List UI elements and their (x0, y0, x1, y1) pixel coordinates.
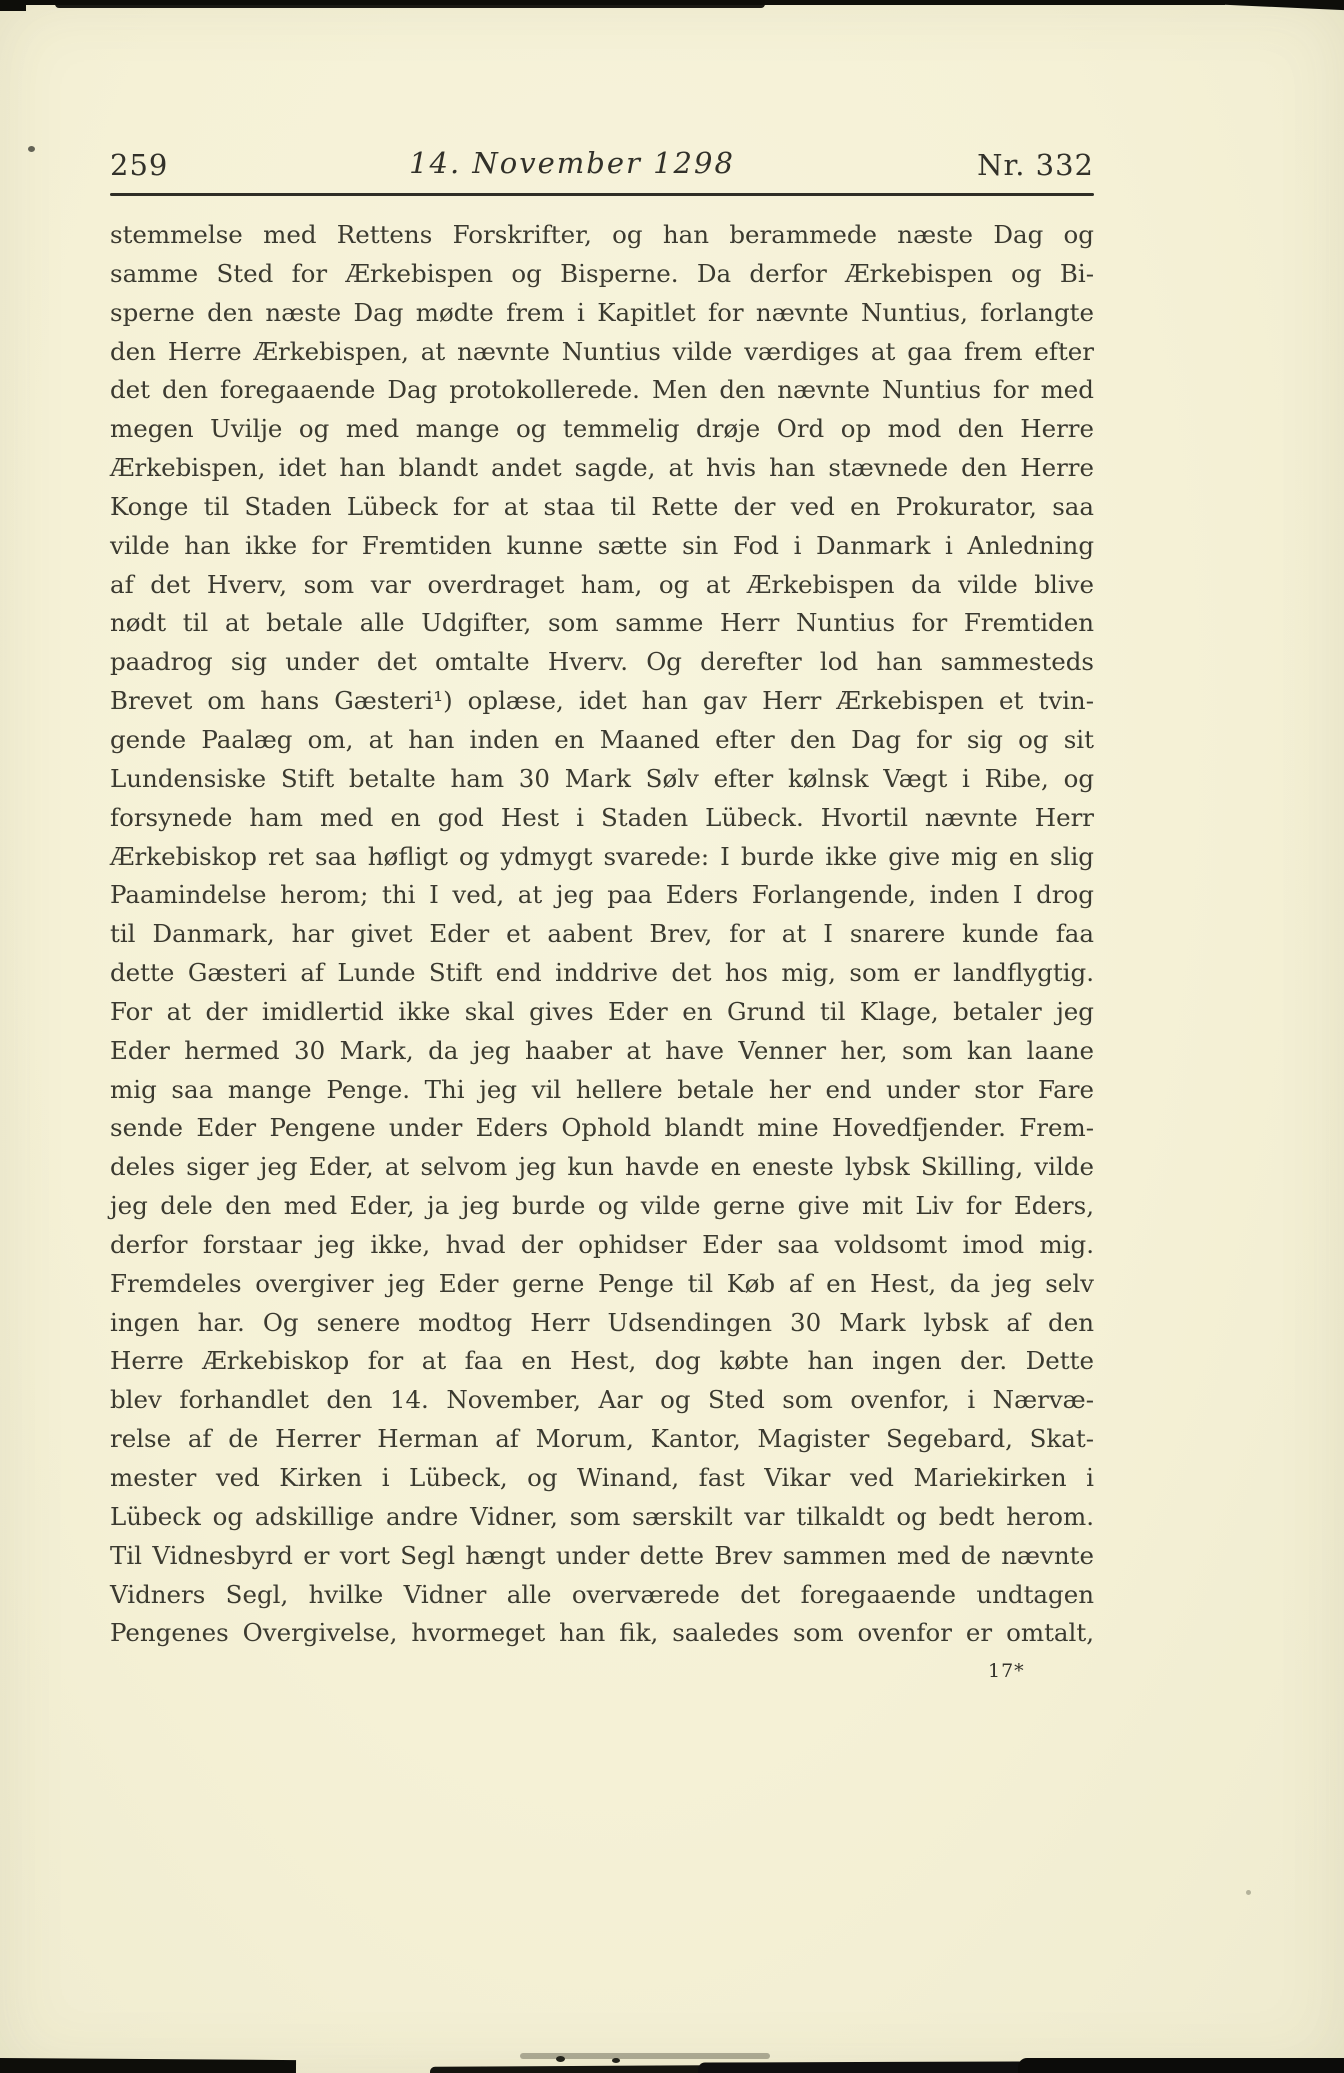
text-line: sende Eder Pengene under Eders Ophold bl… (110, 1109, 1094, 1148)
text-line: dette Gæsteri af Lunde Stift end inddriv… (110, 954, 1094, 993)
text-line: jeg dele den med Eder, ja jeg burde og v… (110, 1187, 1094, 1226)
text-line: samme Sted for Ærkebispen og Bisperne. D… (110, 255, 1094, 294)
text-line: For at der imidlertid ikke skal gives Ed… (110, 993, 1094, 1032)
text-line: Brevet om hans Gæsteri¹) oplæse, idet ha… (110, 682, 1094, 721)
text-line: Lübeck og adskillige andre Vidner, som s… (110, 1498, 1094, 1537)
header-date: 14. November 1298 (110, 146, 1034, 180)
text-line: Paamindelse herom; thi I ved, at jeg paa… (110, 876, 1094, 915)
scan-artifact-faint-speck (1246, 1890, 1251, 1895)
text-line: Konge til Staden Lübeck for at staa til … (110, 488, 1094, 527)
text-line: ingen har. Og senere modtog Herr Udsendi… (110, 1304, 1094, 1343)
text-line: Lundensiske Stift betalte ham 30 Mark Sø… (110, 760, 1094, 799)
text-line: sperne den næste Dag mødte frem i Kapitl… (110, 294, 1094, 333)
text-line: mig saa mange Penge. Thi jeg vil hellere… (110, 1071, 1094, 1110)
text-line: Eder hermed 30 Mark, da jeg haaber at ha… (110, 1032, 1094, 1071)
text-line: blev forhandlet den 14. November, Aar og… (110, 1381, 1094, 1420)
text-line: relse af de Herrer Herman af Morum, Kant… (110, 1420, 1094, 1459)
scan-artifact-bottom-ragged-edge (430, 2065, 715, 2073)
text-line: Til Vidnesbyrd er vort Segl hængt under … (110, 1537, 1094, 1576)
text-line: stemmelse med Rettens Forskrifter, og ha… (110, 216, 1094, 255)
scan-artifact-top-left-corner (0, 0, 26, 11)
text-line: nødt til at betale alle Udgifter, som sa… (110, 604, 1094, 643)
text-line: Pengenes Overgivelse, hvormeget han fik,… (110, 1614, 1094, 1653)
text-line: mester ved Kirken i Lübeck, og Winand, f… (110, 1459, 1094, 1498)
text-line: den Herre Ærkebispen, at nævnte Nuntius … (110, 333, 1094, 372)
text-line: gende Paalæg om, at han inden en Maaned … (110, 721, 1094, 760)
text-line: Fremdeles overgiver jeg Eder gerne Penge… (110, 1265, 1094, 1304)
document-number: Nr. 332 (977, 148, 1094, 182)
scan-artifact-bottom-left-bar (0, 2058, 296, 2073)
text-line: vilde han ikke for Fremtiden kunne sætte… (110, 527, 1094, 566)
text-line: Herre Ærkebiskop for at faa en Hest, dog… (110, 1342, 1094, 1381)
scan-artifact-speck (556, 2056, 565, 2062)
text-line: det den foregaaende Dag protokollerede. … (110, 371, 1094, 410)
text-line: Ærkebiskop ret saa høfligt og ydmygt sva… (110, 838, 1094, 877)
text-line: deles siger jeg Eder, at selvom jeg kun … (110, 1148, 1094, 1187)
text-line: paadrog sig under det omtalte Hverv. Og … (110, 643, 1094, 682)
text-line: megen Uvilje og med mange og temmelig dr… (110, 410, 1094, 449)
text-line: Ærkebispen, idet han blandt andet sagde,… (110, 449, 1094, 488)
scan-artifact-bottom-ragged-edge (1018, 2058, 1344, 2073)
scan-artifact-bottom-ragged-edge (698, 2061, 1033, 2073)
document-body: stemmelse med Rettens Forskrifter, og ha… (110, 216, 1094, 1653)
scan-artifact-speck (612, 2058, 620, 2063)
text-line: forsynede ham med en god Hest i Staden L… (110, 799, 1094, 838)
text-line: derfor forstaar jeg ikke, hvad der ophid… (110, 1226, 1094, 1265)
text-line: Vidners Segl, hvilke Vidner alle overvær… (110, 1576, 1094, 1615)
page-header: 259 14. November 1298 Nr. 332 (110, 146, 1094, 188)
scan-artifact-top-right-corner (1192, 0, 1344, 11)
signature-mark: 17* (988, 1660, 1025, 1682)
scan-artifact-margin-dot (28, 146, 35, 152)
text-line: af det Hverv, som var overdraget ham, og… (110, 566, 1094, 605)
book-page: 259 14. November 1298 Nr. 332 stemmelse … (0, 0, 1344, 2073)
text-line: til Danmark, har givet Eder et aabent Br… (110, 915, 1094, 954)
header-rule (110, 193, 1094, 196)
scan-artifact-top-bar-thick (55, 0, 765, 8)
